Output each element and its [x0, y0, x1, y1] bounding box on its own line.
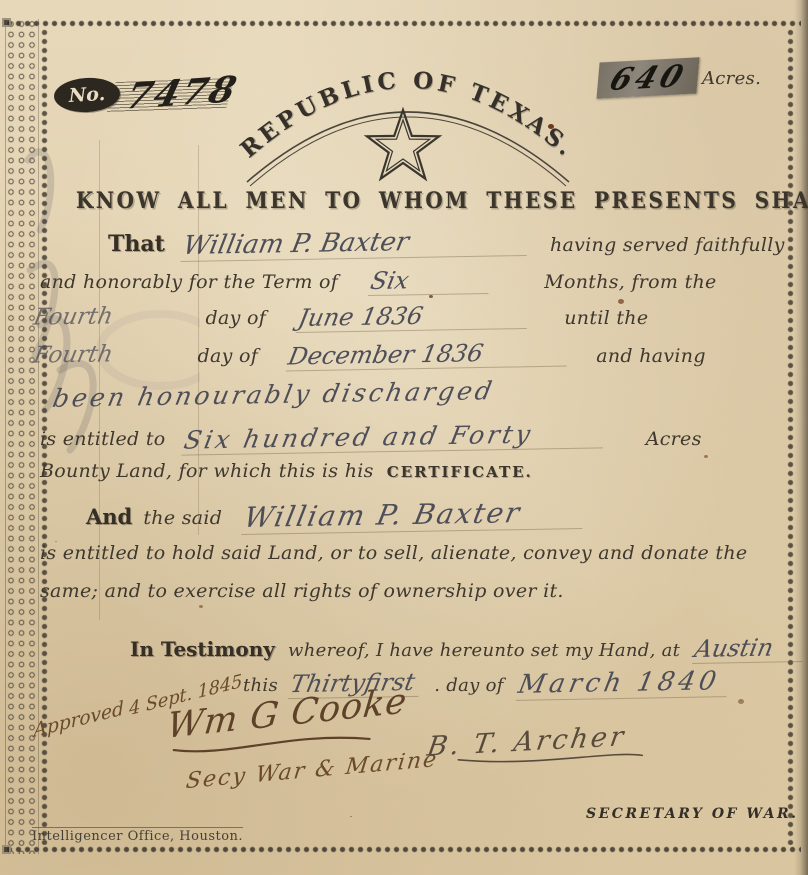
grantee-name-1: William P. Baxter	[180, 225, 532, 262]
line-to-date: Fourth day of December 1836 and having	[34, 340, 706, 369]
svg-text:REPUBLIC OF TEXAS.: REPUBLIC OF TEXAS.	[235, 67, 581, 164]
border-corner-top-left	[2, 18, 11, 27]
that-word: That	[108, 231, 165, 257]
place-value: Austin	[692, 633, 808, 664]
hold-line-1: is entitled to hold said Land, or to sel…	[40, 542, 747, 564]
line-from-date: Fourth day of June 1836 until the	[34, 302, 648, 331]
certificate-document: No. 7478 640 Acres. REPUBLIC OF TEXAS. K…	[0, 0, 808, 875]
discharged-value: been honourably discharged	[50, 376, 497, 413]
testimony-rest: whereof, I have hereunto set my Hand, at	[288, 640, 680, 661]
border-bottom	[5, 845, 801, 854]
certificate-word: CERTIFICATE.	[387, 463, 533, 481]
texas-star-icon	[367, 110, 439, 179]
line-acres-words: is entitled to Six hundred and Forty Acr…	[40, 422, 702, 452]
day-of-label-1: day of	[206, 307, 267, 329]
and-having-label: and having	[596, 345, 706, 367]
from-month-value: June 1836	[296, 300, 532, 333]
line-discharged: been honourably discharged	[54, 380, 494, 409]
acres-value: 640	[605, 58, 691, 98]
to-month-value: December 1836	[286, 338, 573, 372]
scan-edge-shadow	[794, 0, 808, 875]
acres-value-box: 640	[596, 57, 699, 98]
day-of-label-3: . day of	[434, 675, 504, 696]
headline: KNOW ALL MEN TO WHOM THESE PRESENTS SHAL…	[76, 187, 808, 214]
line-and-said: And the said William P. Baxter	[86, 498, 585, 532]
and-word: And	[86, 504, 132, 529]
certificate-number-block: No. 7478	[54, 78, 230, 112]
arc-title-text: REPUBLIC OF TEXAS.	[235, 67, 581, 164]
entitled-pre: is entitled to	[40, 428, 166, 450]
line-that: That William P. Baxter having served fai…	[108, 228, 785, 259]
secretary-of-war-label: SECRETARY OF WAR.	[586, 806, 799, 822]
border-corner-bottom-left	[2, 845, 11, 854]
to-day-value: Fourth	[31, 341, 115, 368]
testimony-word: In Testimony	[130, 637, 275, 661]
and-rest: the said	[143, 507, 222, 529]
term-post: Months, from the	[544, 271, 716, 293]
printer-imprint: Intelligencer Office, Houston.	[32, 827, 243, 844]
term-pre: and honorably for the Term of	[40, 271, 338, 293]
line-bounty: Bounty Land, for which this is his CERTI…	[40, 460, 533, 482]
until-label: until the	[564, 307, 648, 329]
line-term: and honorably for the Term of Six Months…	[40, 266, 717, 295]
bounty-pre: Bounty Land, for which this is his	[40, 460, 374, 482]
archer-signature: B. T. Archer	[427, 722, 648, 775]
date-month-value: March 1840	[515, 666, 732, 701]
grantee-name-2: William P. Baxter	[241, 495, 589, 535]
line-testimony: In Testimony whereof, I have hereunto se…	[130, 634, 805, 663]
day-of-label-2: day of	[198, 345, 259, 367]
acres-words-value: Six hundred and Forty	[181, 418, 608, 455]
served-text: having served faithfully	[550, 234, 785, 256]
this-word: this	[243, 675, 278, 696]
acres-block: 640 Acres.	[598, 60, 761, 96]
hold-line-2: same; and to exercise all rights of owne…	[40, 580, 564, 602]
certificate-number-value: 7478	[122, 68, 243, 117]
number-label: No.	[68, 83, 105, 107]
acres-label: Acres.	[702, 68, 761, 89]
border-top	[5, 19, 801, 28]
from-day-value: Fourth	[31, 303, 115, 330]
acres-post-label: Acres	[646, 428, 702, 450]
republic-of-texas-arc: REPUBLIC OF TEXAS.	[233, 50, 583, 192]
term-value: Six	[368, 265, 494, 296]
